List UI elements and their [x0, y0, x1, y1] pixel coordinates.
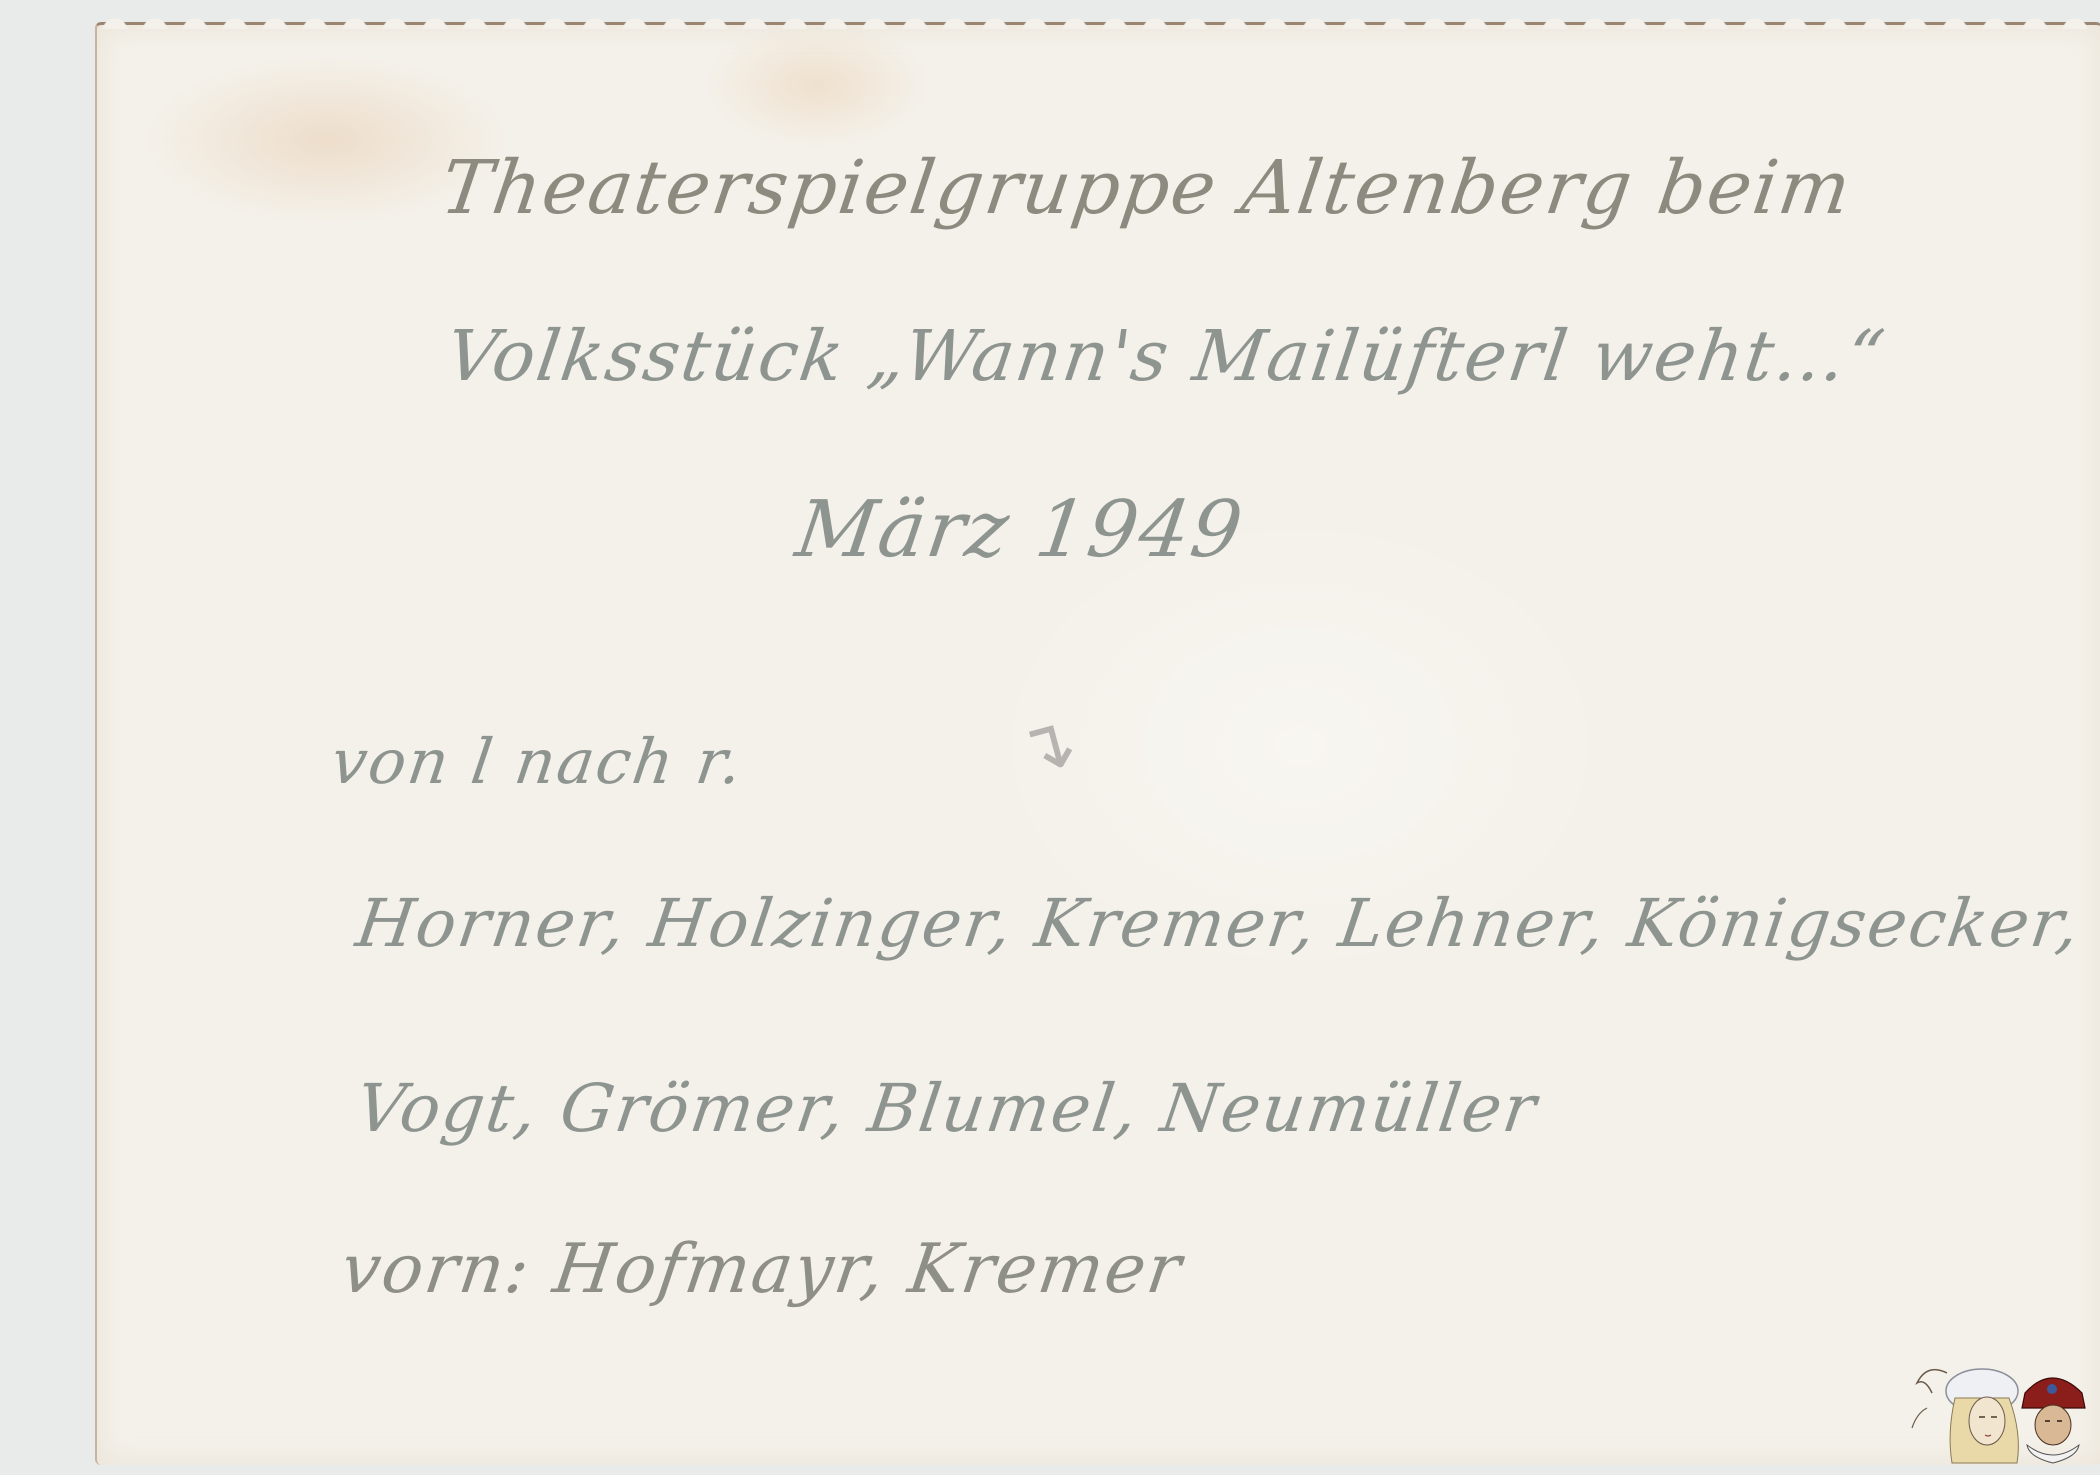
- caption-line-play-title: Volksstück „Wann's Mailüfterl weht…“: [441, 315, 1891, 397]
- pencil-arrow-icon: ↴: [1007, 699, 1085, 793]
- caption-line-names-row2: Vogt, Grömer, Blumel, Neumüller: [352, 1070, 1543, 1147]
- caption-line-order: von l nach r.: [327, 725, 749, 798]
- caption-line-names-row1: Horner, Holzinger, Kremer, Lehner, König…: [352, 885, 2086, 962]
- caption-line-date: März 1949: [791, 485, 1250, 575]
- photo-card-back: Theaterspielgruppe Altenberg beim Volkss…: [95, 22, 2100, 1465]
- caption-line-front-names: vorn: Hofmayr, Kremer: [336, 1230, 1187, 1309]
- illustrated-couple-logo-icon: [1907, 1353, 2092, 1465]
- caption-line-group: Theaterspielgruppe Altenberg beim: [436, 145, 1858, 231]
